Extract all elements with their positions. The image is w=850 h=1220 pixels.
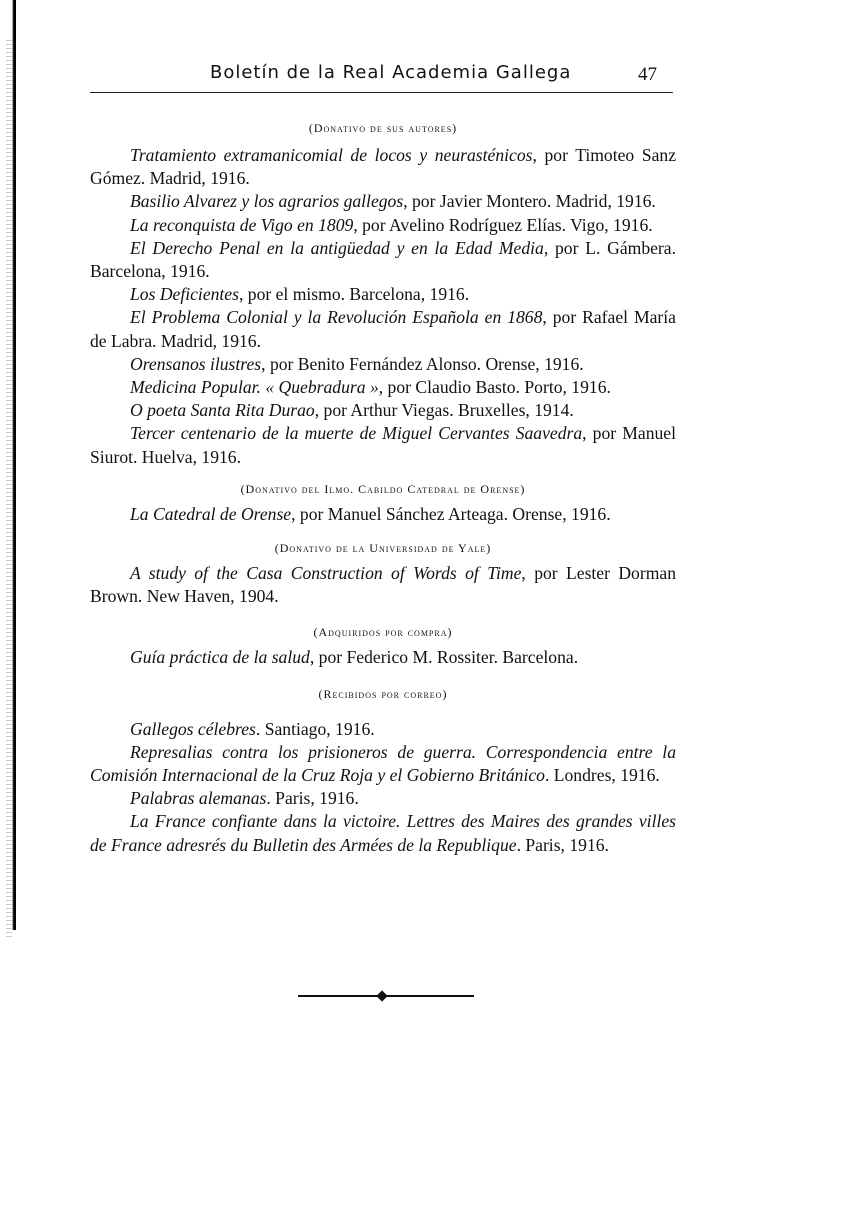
bibliography-entry: Tratamiento extramanicomial de locos y n… (90, 144, 676, 190)
ornament-diamond-icon (376, 990, 387, 1001)
page-number: 47 (638, 64, 657, 86)
entry-details: , por Claudio Basto. Porto, 1916. (379, 377, 611, 397)
section-entries-donativo-cabildo: La Catedral de Orense, por Manuel Sánche… (90, 503, 676, 526)
section-entries-donativo-yale: A study of the Casa Construction of Word… (90, 562, 676, 608)
bibliography-entry: Represalias contra los prisioneros de gu… (90, 741, 676, 787)
section-label-donativo-yale: (Donativo de la Universidad de Yale) (90, 538, 676, 558)
section-label-donativo-autores: (Donativo de sus autores) (90, 118, 676, 138)
entry-details: , por Federico M. Rossiter. Barcelona. (310, 647, 578, 667)
bibliography-entry: Gallegos célebres. Santiago, 1916. (90, 718, 676, 741)
page-header: Boletín de la Real Academia Gallega 47 (90, 58, 673, 88)
bibliography-entry: Palabras alemanas. Paris, 1916. (90, 787, 676, 810)
bibliography-entry: Orensanos ilustres, por Benito Fernández… (90, 353, 676, 376)
entry-details: , por Avelino Rodríguez Elías. Vigo, 191… (353, 215, 652, 235)
entry-title: El Derecho Penal en la antigüedad y en l… (130, 238, 544, 258)
bibliography-entry: A study of the Casa Construction of Word… (90, 562, 676, 608)
entry-title: La Catedral de Orense (130, 504, 291, 524)
entry-details: . Paris, 1916. (517, 835, 609, 855)
section-label-recibidos-correo: (Recibidos por correo) (90, 684, 676, 704)
bibliography-entry: La reconquista de Vigo en 1809, por Avel… (90, 214, 676, 237)
bibliography-entry: O poeta Santa Rita Durao, por Arthur Vie… (90, 399, 676, 422)
section-label-adquiridos-compra: (Adquiridos por compra) (90, 622, 676, 642)
bibliography-entry: Tercer centenario de la muerte de Miguel… (90, 422, 676, 468)
entry-title: Gallegos célebres (130, 719, 256, 739)
entry-title: Medicina Popular. « Quebradura » (130, 377, 379, 397)
running-title: Boletín de la Real Academia Gallega (210, 62, 571, 83)
end-ornament-divider (298, 993, 474, 999)
bibliography-entry: El Derecho Penal en la antigüedad y en l… (90, 237, 676, 283)
entry-details: , por Javier Montero. Madrid, 1916. (403, 191, 656, 211)
entry-title: O poeta Santa Rita Durao (130, 400, 315, 420)
entry-title: La reconquista de Vigo en 1809 (130, 215, 353, 235)
entry-details: . Londres, 1916. (545, 765, 660, 785)
entry-title: El Problema Colonial y la Revolución Esp… (130, 307, 542, 327)
entry-title: Tercer centenario de la muerte de Miguel… (130, 423, 582, 443)
page-body: (Donativo de sus autores) Tratamiento ex… (90, 118, 676, 857)
bibliography-entry: La France confiante dans la victoire. Le… (90, 810, 676, 856)
bibliography-entry: Guía práctica de la salud, por Federico … (90, 646, 676, 669)
section-entries-donativo-autores: Tratamiento extramanicomial de locos y n… (90, 144, 676, 469)
section-entries-adquiridos-compra: Guía práctica de la salud, por Federico … (90, 646, 676, 669)
section-entries-recibidos-correo: Gallegos célebres. Santiago, 1916. Repre… (90, 718, 676, 857)
header-rule (90, 92, 673, 93)
entry-details: , por Manuel Sánchez Arteaga. Orense, 19… (291, 504, 611, 524)
entry-title: A study of the Casa Construction of Word… (130, 563, 521, 583)
bibliography-entry: Medicina Popular. « Quebradura », por Cl… (90, 376, 676, 399)
bibliography-entry: La Catedral de Orense, por Manuel Sánche… (90, 503, 676, 526)
entry-title: Palabras alemanas (130, 788, 266, 808)
entry-title: Tratamiento extramanicomial de locos y n… (130, 145, 533, 165)
bibliography-entry: Basilio Alvarez y los agrarios gallegos,… (90, 190, 676, 213)
entry-details: , por Benito Fernández Alonso. Orense, 1… (261, 354, 584, 374)
entry-details: , por Arthur Viegas. Bruxelles, 1914. (315, 400, 574, 420)
entry-title: Los Deficientes (130, 284, 239, 304)
entry-details: . Santiago, 1916. (256, 719, 375, 739)
section-label-donativo-cabildo: (Donativo del Ilmo. Cabildo Catedral de … (90, 479, 676, 499)
entry-title: Guía práctica de la salud (130, 647, 310, 667)
entry-details: , por el mismo. Barcelona, 1916. (239, 284, 469, 304)
bibliography-entry: Los Deficientes, por el mismo. Barcelona… (90, 283, 676, 306)
entry-details: . Paris, 1916. (266, 788, 358, 808)
book-binding-edge (12, 0, 16, 930)
entry-title: Basilio Alvarez y los agrarios gallegos (130, 191, 403, 211)
bibliography-entry: El Problema Colonial y la Revolución Esp… (90, 306, 676, 352)
entry-title: Orensanos ilustres (130, 354, 261, 374)
